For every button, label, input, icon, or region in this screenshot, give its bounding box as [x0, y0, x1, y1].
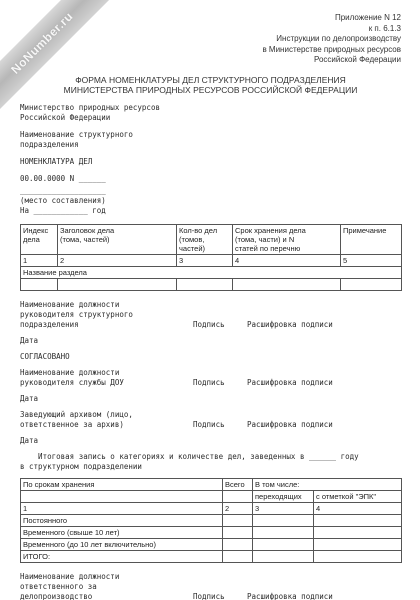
signature-position-label: Наименование должности ответственного за… [20, 572, 195, 600]
cases-table-header-row: Индекс делаЗаголовок дела (тома, частей)… [21, 224, 402, 254]
signature-label: Подпись [193, 378, 225, 388]
totals-table-value-cell [314, 514, 402, 526]
date-label: Дата [20, 394, 401, 404]
signature-position-label: Наименование должности руководителя служ… [20, 368, 195, 388]
department-name: Наименование структурного подразделения [20, 130, 401, 150]
totals-table: По срокам храненияВсегоВ том числе: пере… [20, 478, 402, 563]
totals-table-value-cell [253, 526, 314, 538]
date-label: Дата [20, 436, 401, 446]
cases-table-header-cell: Срок хранения дела (тома, части) и N ста… [233, 224, 341, 254]
cases-table-header-cell: Заголовок дела (тома, частей) [58, 224, 177, 254]
signature-block-dou-service-head: Наименование должности руководителя служ… [20, 368, 401, 388]
signature-transcript: Расшифровка подписи [247, 420, 333, 430]
signature-block-head-of-department: Наименование должности руководителя стру… [20, 300, 401, 330]
totals-table-data-row: Временного (свыше 10 лет) [21, 526, 402, 538]
totals-table-value-cell [253, 550, 314, 562]
totals-table-value-cell [253, 538, 314, 550]
signature-transcript: Расшифровка подписи [247, 320, 333, 330]
signature-label: Подпись [193, 592, 225, 600]
totals-table-row-label-cell: Постоянного [21, 514, 223, 526]
totals-table-value-cell [223, 538, 253, 550]
cases-table-empty-row [21, 278, 402, 290]
place-blank-line: ___________________ [20, 186, 401, 196]
totals-table-row-label-cell: ИТОГО: [21, 550, 223, 562]
cases-table-column-numbers-row: 12345 [21, 254, 402, 266]
totals-table-subheader-row: переходящихс отметкой "ЭПК" [21, 490, 402, 502]
totals-table-header-cell: По срокам хранения [21, 478, 223, 490]
totals-table-value-cell [314, 538, 402, 550]
totals-table-row-label-cell: Временного (до 10 лет включительно) [21, 538, 223, 550]
totals-table-value-cell [253, 514, 314, 526]
cases-table-empty-cell [341, 278, 402, 290]
approved-stamp: СОГЛАСОВАНО [20, 352, 401, 362]
signature-block-archive-manager: Заведующий архивом (лицо, ответственное … [20, 410, 401, 430]
form-title: ФОРМА НОМЕНКЛАТУРЫ ДЕЛ СТРУКТУРНОГО ПОДР… [20, 75, 401, 95]
totals-table-value-cell [223, 514, 253, 526]
totals-table-data-row: ИТОГО: [21, 550, 402, 562]
place-caption: (место составления) [20, 196, 401, 206]
cases-table-section-title-cell: Название раздела [21, 266, 402, 278]
cases-table-empty-cell [21, 278, 58, 290]
totals-table-data-row: Временного (до 10 лет включительно) [21, 538, 402, 550]
totals-table-column-number-cell: 4 [314, 502, 402, 514]
cases-table-column-number-cell: 1 [21, 254, 58, 266]
cases-table-column-number-cell: 3 [177, 254, 233, 266]
totals-table-value-cell [223, 526, 253, 538]
signature-block-records-manager: Наименование должности ответственного за… [20, 572, 401, 600]
totals-table-group-header-cell: В том числе: [253, 478, 402, 490]
summary-record-paragraph: Итоговая запись о категориях и количеств… [20, 452, 401, 472]
totals-table-row-label-cell: Временного (свыше 10 лет) [21, 526, 223, 538]
document-heading: НОМЕНКЛАТУРА ДЕЛ [20, 157, 401, 167]
date-label: Дата [20, 336, 401, 346]
totals-table-subheader-cell: переходящих [253, 490, 314, 502]
signature-position-label: Наименование должности руководителя стру… [20, 300, 195, 330]
totals-table-header-cell: Всего [223, 478, 253, 490]
cases-table-header-cell: Индекс дела [21, 224, 58, 254]
totals-table-value-cell [314, 526, 402, 538]
cases-table-empty-cell [177, 278, 233, 290]
totals-table-value-cell [314, 550, 402, 562]
totals-table-column-numbers-row: 1234 [21, 502, 402, 514]
totals-table-column-number-cell: 2 [223, 502, 253, 514]
date-number-line: 00.00.0000 N ______ [20, 174, 401, 184]
document-page: NoNumber.ru Приложение N 12 к п. 6.1.3 И… [0, 0, 420, 600]
cases-table-header-cell: Кол-во дел (томов, частей) [177, 224, 233, 254]
totals-table-column-number-cell: 1 [21, 502, 223, 514]
totals-table-empty-header-cell [21, 490, 223, 502]
totals-table-empty-header-cell [223, 490, 253, 502]
cases-table-section-row: Название раздела [21, 266, 402, 278]
totals-table-header-row: По срокам храненияВсегоВ том числе: [21, 478, 402, 490]
cases-table-empty-cell [58, 278, 177, 290]
cases-table: Индекс делаЗаголовок дела (тома, частей)… [20, 224, 402, 291]
signature-transcript: Расшифровка подписи [247, 592, 333, 600]
ministry-name: Министерство природных ресурсов Российск… [20, 103, 401, 123]
signature-position-label: Заведующий архивом (лицо, ответственное … [20, 410, 195, 430]
cases-table-column-number-cell: 4 [233, 254, 341, 266]
cases-table-column-number-cell: 2 [58, 254, 177, 266]
totals-table-data-row: Постоянного [21, 514, 402, 526]
signature-label: Подпись [193, 320, 225, 330]
totals-table-column-number-cell: 3 [253, 502, 314, 514]
cases-table-header-cell: Примечание [341, 224, 402, 254]
signature-transcript: Расшифровка подписи [247, 378, 333, 388]
totals-table-value-cell [223, 550, 253, 562]
cases-table-column-number-cell: 5 [341, 254, 402, 266]
signature-label: Подпись [193, 420, 225, 430]
cases-table-empty-cell [233, 278, 341, 290]
totals-table-subheader-cell: с отметкой "ЭПК" [314, 490, 402, 502]
year-line: На ____________ год [20, 206, 401, 216]
